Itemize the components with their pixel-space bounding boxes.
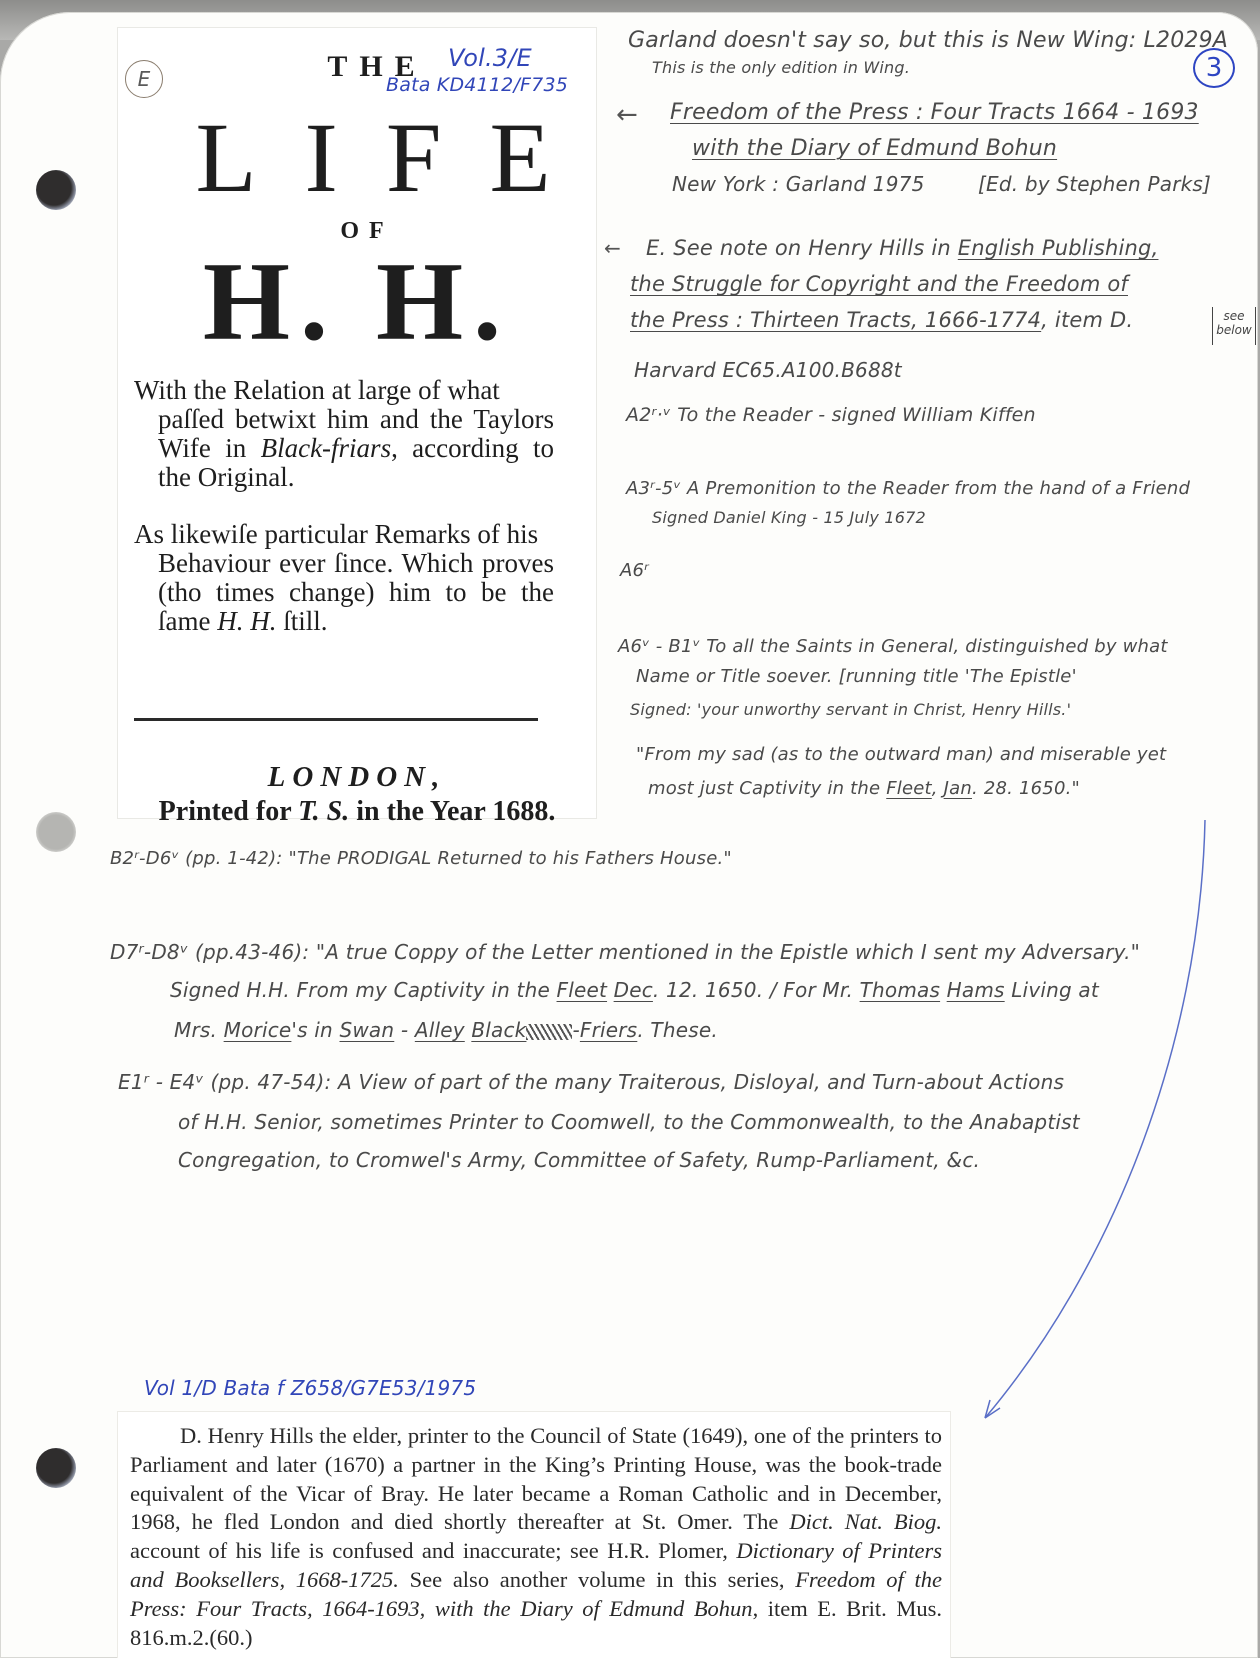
- note-freedom-title-2: with the Diary of Edmund Bohun: [692, 136, 1057, 161]
- note-a6b1-line2: Name or Title soever. [running title 'Th…: [636, 666, 1077, 687]
- binder-hole-bottom: [36, 1448, 76, 1488]
- note-a6b1-line4: "From my sad (as to the outward man) and…: [636, 744, 1166, 765]
- note-e1-line2: of H.H. Senior, sometimes Printer to Coo…: [178, 1110, 1080, 1134]
- note-harvard: Harvard EC65.A100.B688t: [634, 358, 902, 382]
- title-rule-left: [134, 718, 359, 721]
- shelfmark-volume: Vol.3/E: [448, 44, 532, 72]
- circled-item-letter: E: [125, 60, 163, 98]
- note-swan: Swan: [339, 1018, 394, 1042]
- title-page-clipping: THE LIFE OF H. H. With the Relation at l…: [118, 28, 596, 818]
- note-a6b1-line3: Signed: 'your unworthy servant in Christ…: [630, 700, 1071, 719]
- note-fleet: Fleet: [886, 778, 932, 799]
- excerpt-dnb: Dict. Nat. Biog.: [789, 1509, 942, 1534]
- imprint-prefix: Printed for: [159, 796, 298, 827]
- binder-hole-top: [36, 170, 76, 210]
- note-friers: Friers: [580, 1018, 637, 1042]
- excerpt-text: See also another volume in this series,: [399, 1567, 795, 1592]
- relation-line-1: With the Relation at large of what: [134, 376, 554, 405]
- see-below-note: see below: [1212, 307, 1256, 345]
- note-e1-line1: E1ʳ - E4ᵛ (pp. 47-54): A View of part of…: [118, 1070, 1064, 1094]
- title-paragraph-relation: With the Relation at large of what paſſe…: [134, 376, 554, 492]
- note-fleet: Fleet: [557, 978, 608, 1002]
- arrow-left-icon: ←: [604, 236, 621, 260]
- note-garland-line2: This is the only edition in Wing.: [652, 58, 910, 77]
- note-text: . These.: [637, 1018, 718, 1042]
- excerpt-text: account of his life is confused and inac…: [130, 1538, 736, 1563]
- note-e-line1: E. See note on Henry Hills in English Pu…: [646, 236, 1158, 260]
- note-jan: Jan: [944, 778, 972, 799]
- remarks-line-1: As likewiſe particular Remarks of his: [134, 520, 554, 549]
- page-number-circled: 3: [1193, 48, 1235, 88]
- note-e-item: , item D.: [1041, 308, 1133, 332]
- title-hh: H. H.: [118, 238, 596, 367]
- excerpt-paragraph: D. Henry Hills the elder, printer to the…: [130, 1422, 942, 1652]
- imprint-place: LONDON,: [118, 761, 596, 794]
- note-text: most just Captivity in the: [648, 778, 886, 799]
- note-b2-d6: B2ʳ-D6ᵛ (pp. 1-42): "The PRODIGAL Return…: [110, 848, 732, 869]
- note-a3-line1: A3ʳ-5ᵛ A Premonition to the Reader from …: [626, 478, 1190, 499]
- shelfmark-call-number: Bata KD4112/F735: [386, 74, 568, 96]
- scribble-mark: [526, 1024, 572, 1040]
- binder-hole-middle: [36, 812, 76, 852]
- title-paragraph-remarks: As likewiſe particular Remarks of his Be…: [134, 520, 554, 636]
- note-e-title-cont: the Press : Thirteen Tracts, 1666-1774: [630, 308, 1041, 332]
- note-a6: A6ʳ: [620, 560, 649, 581]
- note-freedom-title-1: Freedom of the Press : Four Tracts 1664 …: [670, 100, 1199, 125]
- note-a6b1-line5: most just Captivity in the Fleet, Jan. 2…: [648, 778, 1080, 799]
- note-text: Living at: [1005, 978, 1099, 1002]
- note-d7-line2: Signed H.H. From my Captivity in the Fle…: [170, 978, 1099, 1002]
- note-e-prefix: E. See note on Henry Hills in: [646, 236, 958, 260]
- note-e-line3: the Press : Thirteen Tracts, 1666-1774, …: [630, 308, 1133, 332]
- note-hams: Hams: [947, 978, 1005, 1002]
- relation-italic: Black-friars: [261, 433, 391, 463]
- note-text: Mrs.: [174, 1018, 224, 1042]
- note-text: ,: [932, 778, 944, 799]
- note-thomas: Thomas: [860, 978, 941, 1002]
- note-dec: Dec: [614, 978, 653, 1002]
- note-text: . 28. 1650.": [972, 778, 1080, 799]
- note-e-line2: the Struggle for Copyright and the Freed…: [630, 272, 1128, 296]
- imprint-year: in the Year 1688.: [349, 796, 555, 827]
- shelfmark-vol1: Vol 1/D Bata f Z658/G7E53/1975: [144, 1376, 476, 1400]
- title-life: LIFE: [118, 100, 636, 215]
- printed-excerpt: D. Henry Hills the elder, printer to the…: [118, 1412, 950, 1658]
- note-text: 's in: [291, 1018, 339, 1042]
- imprint-printer: T. S.: [298, 796, 349, 827]
- note-freedom-publisher: New York : Garland 1975: [672, 172, 925, 196]
- note-text: Signed H.H. From my Captivity in the: [170, 978, 557, 1002]
- note-morice: Morice: [224, 1018, 292, 1042]
- remarks-italic: H. H.: [217, 606, 276, 636]
- imprint-line: Printed for T. S. in the Year 1688.: [118, 796, 596, 828]
- remarks-end: ſtill.: [276, 606, 327, 636]
- note-a6b1-line1: A6ᵛ - B1ᵛ To all the Saints in General, …: [618, 636, 1168, 657]
- note-black: Black: [471, 1018, 526, 1042]
- title-rule-right: [356, 718, 538, 721]
- note-a3-line2: Signed Daniel King - 15 July 1672: [652, 508, 926, 527]
- note-e1-line3: Congregation, to Cromwel's Army, Committ…: [178, 1148, 980, 1172]
- note-a2: A2ʳ·ᵛ To the Reader - signed William Kif…: [626, 404, 1036, 426]
- note-d7-line1: D7ʳ-D8ᵛ (pp.43-46): "A true Coppy of the…: [110, 940, 1140, 964]
- note-text: . 12. 1650. / For Mr.: [653, 978, 860, 1002]
- note-freedom-editor: [Ed. by Stephen Parks]: [978, 172, 1211, 196]
- note-garland-line1: Garland doesn't say so, but this is New …: [628, 28, 1228, 53]
- arrow-left-icon: ←: [616, 100, 638, 130]
- note-alley: Alley: [415, 1018, 465, 1042]
- note-e-title: English Publishing,: [958, 236, 1159, 260]
- note-d7-line3: Mrs. Morice's in Swan - Alley Black-Frie…: [174, 1018, 718, 1042]
- note-text: -: [394, 1018, 415, 1042]
